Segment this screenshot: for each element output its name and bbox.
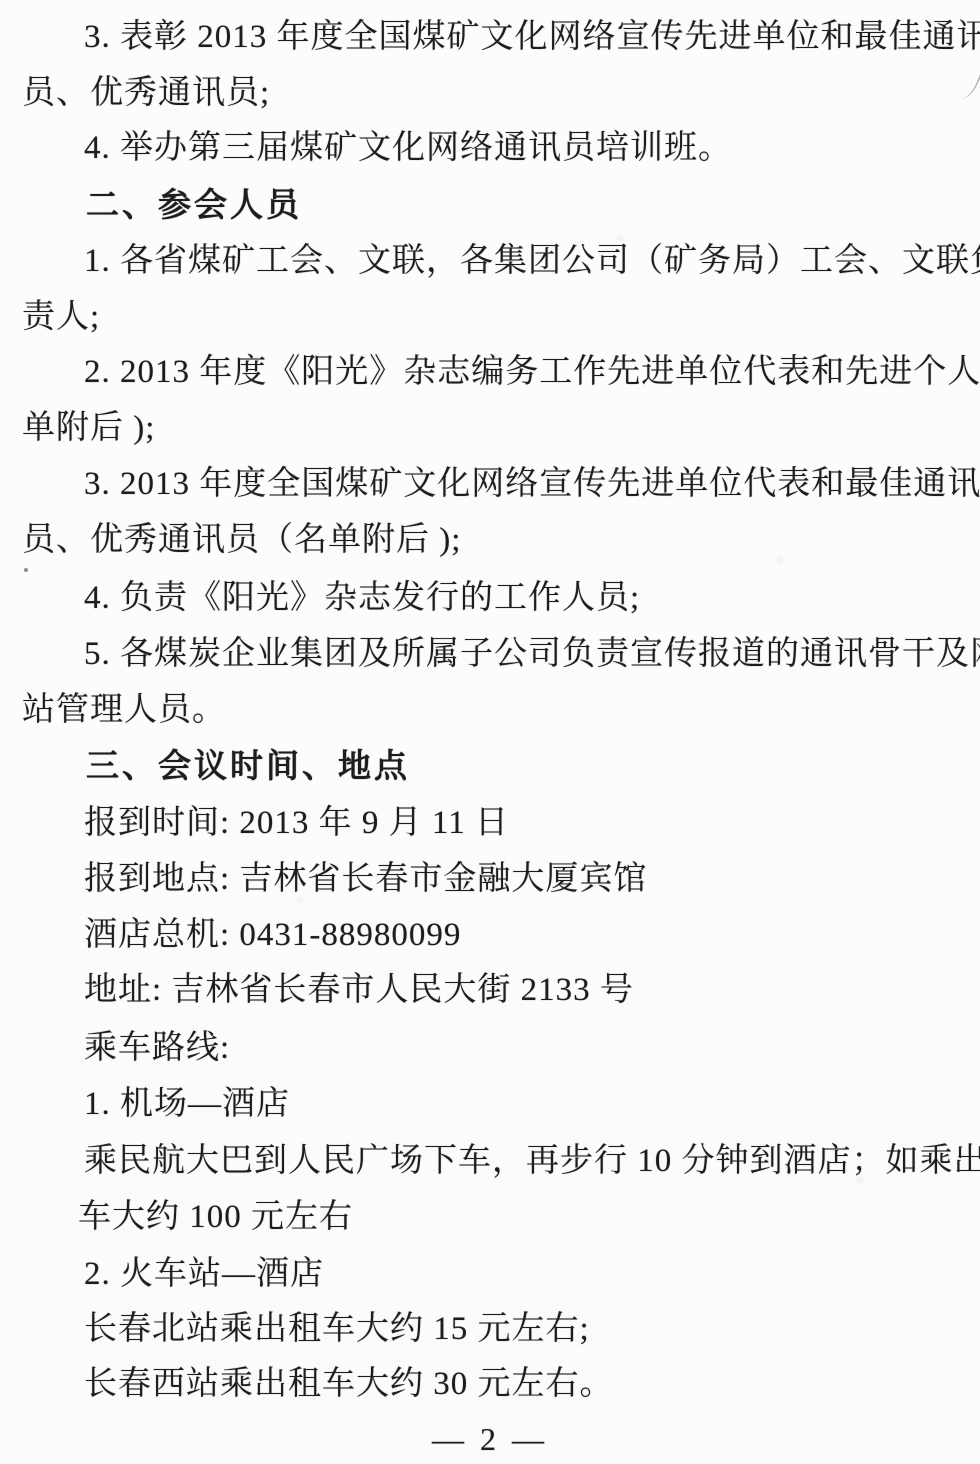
participant-item-1-line2: 责人; bbox=[22, 296, 100, 338]
route-2-west-station-fare: 长春西站乘出租车大约 30 元左右。 bbox=[84, 1363, 614, 1405]
participant-item-3-line1: 3. 2013 年度全国煤矿文化网络宣传先进单位代表和最佳通讯 bbox=[84, 463, 980, 505]
document-page: 3. 表彰 2013 年度全国煤矿文化网络宣传先进单位和最佳通讯 员、优秀通讯员… bbox=[0, 0, 980, 1464]
page-number: — 2 — bbox=[0, 1418, 980, 1460]
participant-item-2-line2: 单附后 ); bbox=[22, 407, 155, 449]
section-heading-time-location: 三、会议时间、地点 bbox=[86, 745, 410, 787]
participant-item-2-line1: 2. 2013 年度《阳光》杂志编务工作先进单位代表和先进个人（名 bbox=[84, 351, 980, 393]
route-1-description-line2: 车大约 100 元左右 bbox=[78, 1196, 353, 1238]
route-2-north-station-fare: 长春北站乘出租车大约 15 元左右; bbox=[84, 1308, 590, 1350]
scan-artifact-curve bbox=[957, 49, 980, 101]
transport-routes-label: 乘车路线: bbox=[84, 1027, 230, 1069]
participant-item-5-line2: 站管理人员。 bbox=[22, 689, 226, 731]
hotel-phone: 酒店总机: 0431-88980099 bbox=[84, 914, 461, 956]
participant-item-5-line1: 5. 各煤炭企业集团及所属子公司负责宣传报道的通讯骨干及网 bbox=[84, 633, 980, 675]
route-1-airport-hotel: 1. 机场—酒店 bbox=[84, 1083, 290, 1125]
route-2-station-hotel: 2. 火车站—酒店 bbox=[84, 1253, 324, 1295]
checkin-time: 报到时间: 2013 年 9 月 11 日 bbox=[84, 802, 509, 844]
participant-item-4: 4. 负责《阳光》杂志发行的工作人员; bbox=[84, 577, 640, 619]
agenda-item-3-line1: 3. 表彰 2013 年度全国煤矿文化网络宣传先进单位和最佳通讯 bbox=[84, 16, 980, 58]
section-heading-participants: 二、参会人员 bbox=[86, 184, 302, 226]
participant-item-1-line1: 1. 各省煤矿工会、文联，各集团公司（矿务局）工会、文联负 bbox=[84, 240, 980, 282]
route-1-description-line1: 乘民航大巴到人民广场下车，再步行 10 分钟到酒店；如乘出租 bbox=[84, 1140, 980, 1182]
hotel-address: 地址: 吉林省长春市人民大街 2133 号 bbox=[84, 969, 634, 1011]
scan-artifact-dot bbox=[24, 568, 28, 572]
agenda-item-3-line2: 员、优秀通讯员; bbox=[22, 72, 270, 114]
checkin-location: 报到地点: 吉林省长春市金融大厦宾馆 bbox=[84, 858, 647, 900]
participant-item-3-line2: 员、优秀通讯员（名单附后 ); bbox=[22, 519, 461, 561]
agenda-item-4: 4. 举办第三届煤矿文化网络通讯员培训班。 bbox=[84, 127, 732, 169]
